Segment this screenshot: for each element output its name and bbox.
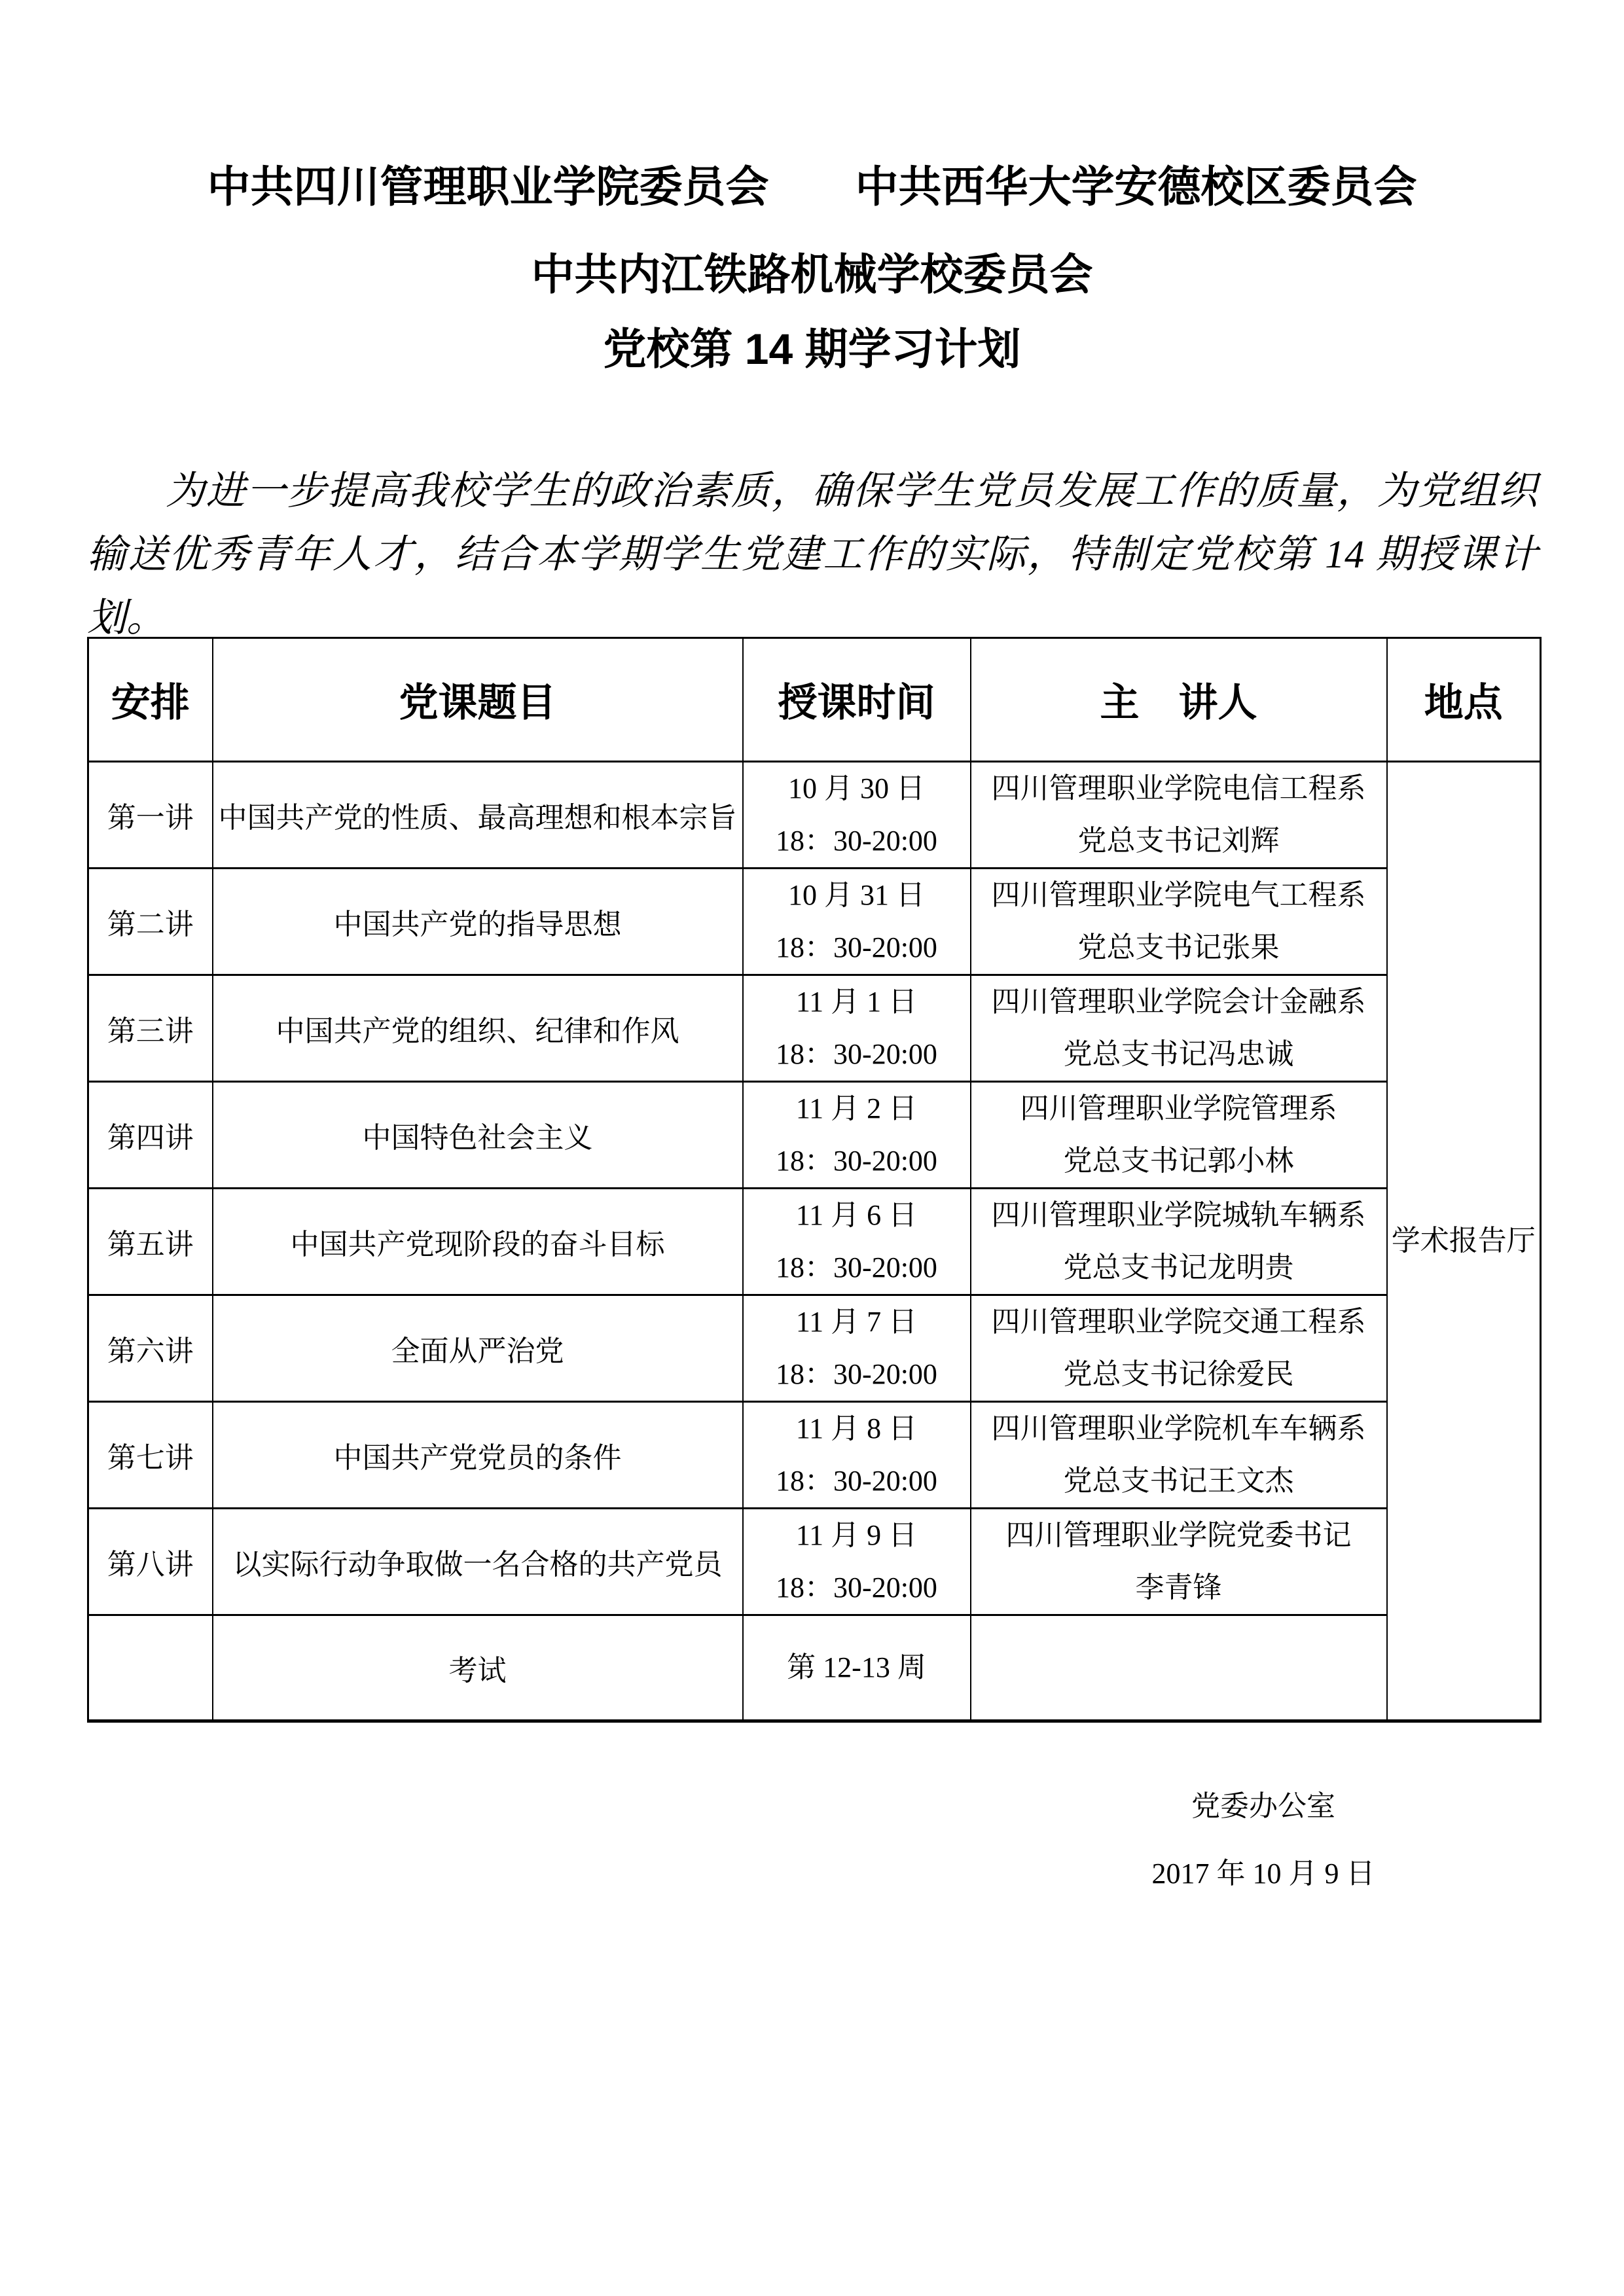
- cell-speaker: 四川管理职业学院党委书记李青锋: [971, 1509, 1387, 1615]
- table-row: 第六讲全面从严治党11 月 7 日18：30-20:00四川管理职业学院交通工程…: [88, 1295, 1541, 1402]
- cell-time: 11 月 8 日18：30-20:00: [743, 1402, 971, 1509]
- schedule-table-body: 第一讲中国共产党的性质、最高理想和根本宗旨10 月 30 日18：30-20:0…: [88, 762, 1541, 1721]
- col-header-speaker: 主 讲人: [971, 638, 1387, 762]
- speaker-name-line: 党总支书记徐爱民: [974, 1348, 1384, 1401]
- table-row: 第二讲中国共产党的指导思想10 月 31 日18：30-20:00四川管理职业学…: [88, 869, 1541, 975]
- cell-speaker: 四川管理职业学院交通工程系党总支书记徐爱民: [971, 1295, 1387, 1402]
- speaker-affiliation-line: 四川管理职业学院交通工程系: [974, 1296, 1384, 1348]
- speaker-affiliation-line: 四川管理职业学院党委书记: [974, 1509, 1384, 1562]
- document-page: 中共四川管理职业学院委员会 中共西华大学安德校区委员会 中共内江铁路机械学校委员…: [0, 0, 1624, 2296]
- time-date-line: 10 月 31 日: [746, 869, 967, 922]
- table-row: 第八讲以实际行动争取做一名合格的共产党员11 月 9 日18：30-20:00四…: [88, 1509, 1541, 1615]
- document-title-line-3: 党校第 14 期学习计划: [0, 326, 1624, 372]
- speaker-affiliation-line: 四川管理职业学院城轨车辆系: [974, 1189, 1384, 1242]
- time-date-line: 11 月 8 日: [746, 1403, 967, 1455]
- cell-topic: 中国共产党的性质、最高理想和根本宗旨: [213, 762, 743, 869]
- cell-arrangement: 第五讲: [88, 1189, 213, 1295]
- speaker-name-line: 党总支书记刘辉: [974, 815, 1384, 867]
- cell-arrangement: 第八讲: [88, 1509, 213, 1615]
- cell-time: 11 月 9 日18：30-20:00: [743, 1509, 971, 1615]
- speaker-affiliation-line: 四川管理职业学院电信工程系: [974, 762, 1384, 815]
- time-range-line: 18：30-20:00: [746, 1242, 967, 1294]
- cell-time: 11 月 1 日18：30-20:00: [743, 975, 971, 1082]
- cell-location: 学术报告厅: [1387, 762, 1541, 1721]
- time-date-line: 11 月 7 日: [746, 1296, 967, 1348]
- cell-time: 11 月 6 日18：30-20:00: [743, 1189, 971, 1295]
- speaker-name-line: 党总支书记郭小林: [974, 1135, 1384, 1187]
- speaker-affiliation-line: 四川管理职业学院电气工程系: [974, 869, 1384, 922]
- header-row: 安排 党课题目 授课时间 主 讲人 地点: [88, 638, 1541, 762]
- cell-speaker: 四川管理职业学院机车车辆系党总支书记王文杰: [971, 1402, 1387, 1509]
- cell-topic: 全面从严治党: [213, 1295, 743, 1402]
- cell-arrangement: 第六讲: [88, 1295, 213, 1402]
- cell-topic: 以实际行动争取做一名合格的共产党员: [213, 1509, 743, 1615]
- cell-speaker: [971, 1615, 1387, 1721]
- time-range-line: 18：30-20:00: [746, 815, 967, 867]
- table-row: 考试第 12-13 周: [88, 1615, 1541, 1721]
- speaker-name-line: 党总支书记王文杰: [974, 1455, 1384, 1507]
- cell-speaker: 四川管理职业学院电信工程系党总支书记刘辉: [971, 762, 1387, 869]
- cell-topic: 中国共产党党员的条件: [213, 1402, 743, 1509]
- time-date-line: 11 月 6 日: [746, 1189, 967, 1242]
- cell-time: 第 12-13 周: [743, 1615, 971, 1721]
- table-row: 第四讲中国特色社会主义11 月 2 日18：30-20:00四川管理职业学院管理…: [88, 1082, 1541, 1189]
- time-date-line: 第 12-13 周: [746, 1641, 967, 1694]
- table-row: 第五讲中国共产党现阶段的奋斗目标11 月 6 日18：30-20:00四川管理职…: [88, 1189, 1541, 1295]
- col-header-location: 地点: [1387, 638, 1541, 762]
- speaker-name-line: 党总支书记张果: [974, 922, 1384, 974]
- speaker-name-line: 党总支书记龙明贵: [974, 1242, 1384, 1294]
- cell-arrangement: 第二讲: [88, 869, 213, 975]
- cell-topic: 中国共产党的组织、纪律和作风: [213, 975, 743, 1082]
- cell-topic: 中国特色社会主义: [213, 1082, 743, 1189]
- cell-arrangement: 第三讲: [88, 975, 213, 1082]
- time-range-line: 18：30-20:00: [746, 1135, 967, 1187]
- speaker-name-line: 党总支书记冯忠诚: [974, 1028, 1384, 1081]
- cell-topic: 中国共产党现阶段的奋斗目标: [213, 1189, 743, 1295]
- cell-arrangement: 第一讲: [88, 762, 213, 869]
- cell-speaker: 四川管理职业学院电气工程系党总支书记张果: [971, 869, 1387, 975]
- cell-arrangement: 第四讲: [88, 1082, 213, 1189]
- cell-time: 11 月 7 日18：30-20:00: [743, 1295, 971, 1402]
- intro-paragraph: 为进一步提高我校学生的政治素质，确保学生党员发展工作的质量，为党组织输送优秀青年…: [87, 459, 1538, 650]
- table-row: 第一讲中国共产党的性质、最高理想和根本宗旨10 月 30 日18：30-20:0…: [88, 762, 1541, 869]
- time-range-line: 18：30-20:00: [746, 1028, 967, 1081]
- speaker-name-line: 李青锋: [974, 1562, 1384, 1614]
- time-range-line: 18：30-20:00: [746, 1455, 967, 1507]
- cell-time: 10 月 30 日18：30-20:00: [743, 762, 971, 869]
- time-date-line: 10 月 30 日: [746, 762, 967, 815]
- col-header-time: 授课时间: [743, 638, 971, 762]
- table-row: 第三讲中国共产党的组织、纪律和作风11 月 1 日18：30-20:00四川管理…: [88, 975, 1541, 1082]
- signature-office: 党委办公室: [1100, 1788, 1427, 1825]
- cell-arrangement: [88, 1615, 213, 1721]
- signature-block: 党委办公室 2017 年 10 月 9 日: [1100, 1788, 1427, 1892]
- cell-time: 11 月 2 日18：30-20:00: [743, 1082, 971, 1189]
- table-row: 第七讲中国共产党党员的条件11 月 8 日18：30-20:00四川管理职业学院…: [88, 1402, 1541, 1509]
- schedule-table-header: 安排 党课题目 授课时间 主 讲人 地点: [88, 638, 1541, 762]
- document-title-line-1: 中共四川管理职业学院委员会 中共西华大学安德校区委员会: [0, 164, 1624, 209]
- time-range-line: 18：30-20:00: [746, 1348, 967, 1401]
- speaker-affiliation-line: 四川管理职业学院管理系: [974, 1083, 1384, 1135]
- cell-time: 10 月 31 日18：30-20:00: [743, 869, 971, 975]
- cell-speaker: 四川管理职业学院会计金融系党总支书记冯忠诚: [971, 975, 1387, 1082]
- speaker-affiliation-line: 四川管理职业学院机车车辆系: [974, 1403, 1384, 1455]
- col-header-topic: 党课题目: [213, 638, 743, 762]
- time-range-line: 18：30-20:00: [746, 1562, 967, 1614]
- time-date-line: 11 月 2 日: [746, 1083, 967, 1135]
- time-date-line: 11 月 9 日: [746, 1509, 967, 1562]
- time-date-line: 11 月 1 日: [746, 976, 967, 1028]
- cell-arrangement: 第七讲: [88, 1402, 213, 1509]
- col-header-arrangement: 安排: [88, 638, 213, 762]
- document-title-line-2: 中共内江铁路机械学校委员会: [0, 251, 1624, 297]
- time-range-line: 18：30-20:00: [746, 922, 967, 974]
- cell-topic: 考试: [213, 1615, 743, 1721]
- signature-date: 2017 年 10 月 9 日: [1100, 1856, 1427, 1892]
- cell-speaker: 四川管理职业学院城轨车辆系党总支书记龙明贵: [971, 1189, 1387, 1295]
- schedule-table: 安排 党课题目 授课时间 主 讲人 地点 第一讲中国共产党的性质、最高理想和根本…: [87, 637, 1542, 1723]
- cell-topic: 中国共产党的指导思想: [213, 869, 743, 975]
- cell-speaker: 四川管理职业学院管理系党总支书记郭小林: [971, 1082, 1387, 1189]
- speaker-affiliation-line: 四川管理职业学院会计金融系: [974, 976, 1384, 1028]
